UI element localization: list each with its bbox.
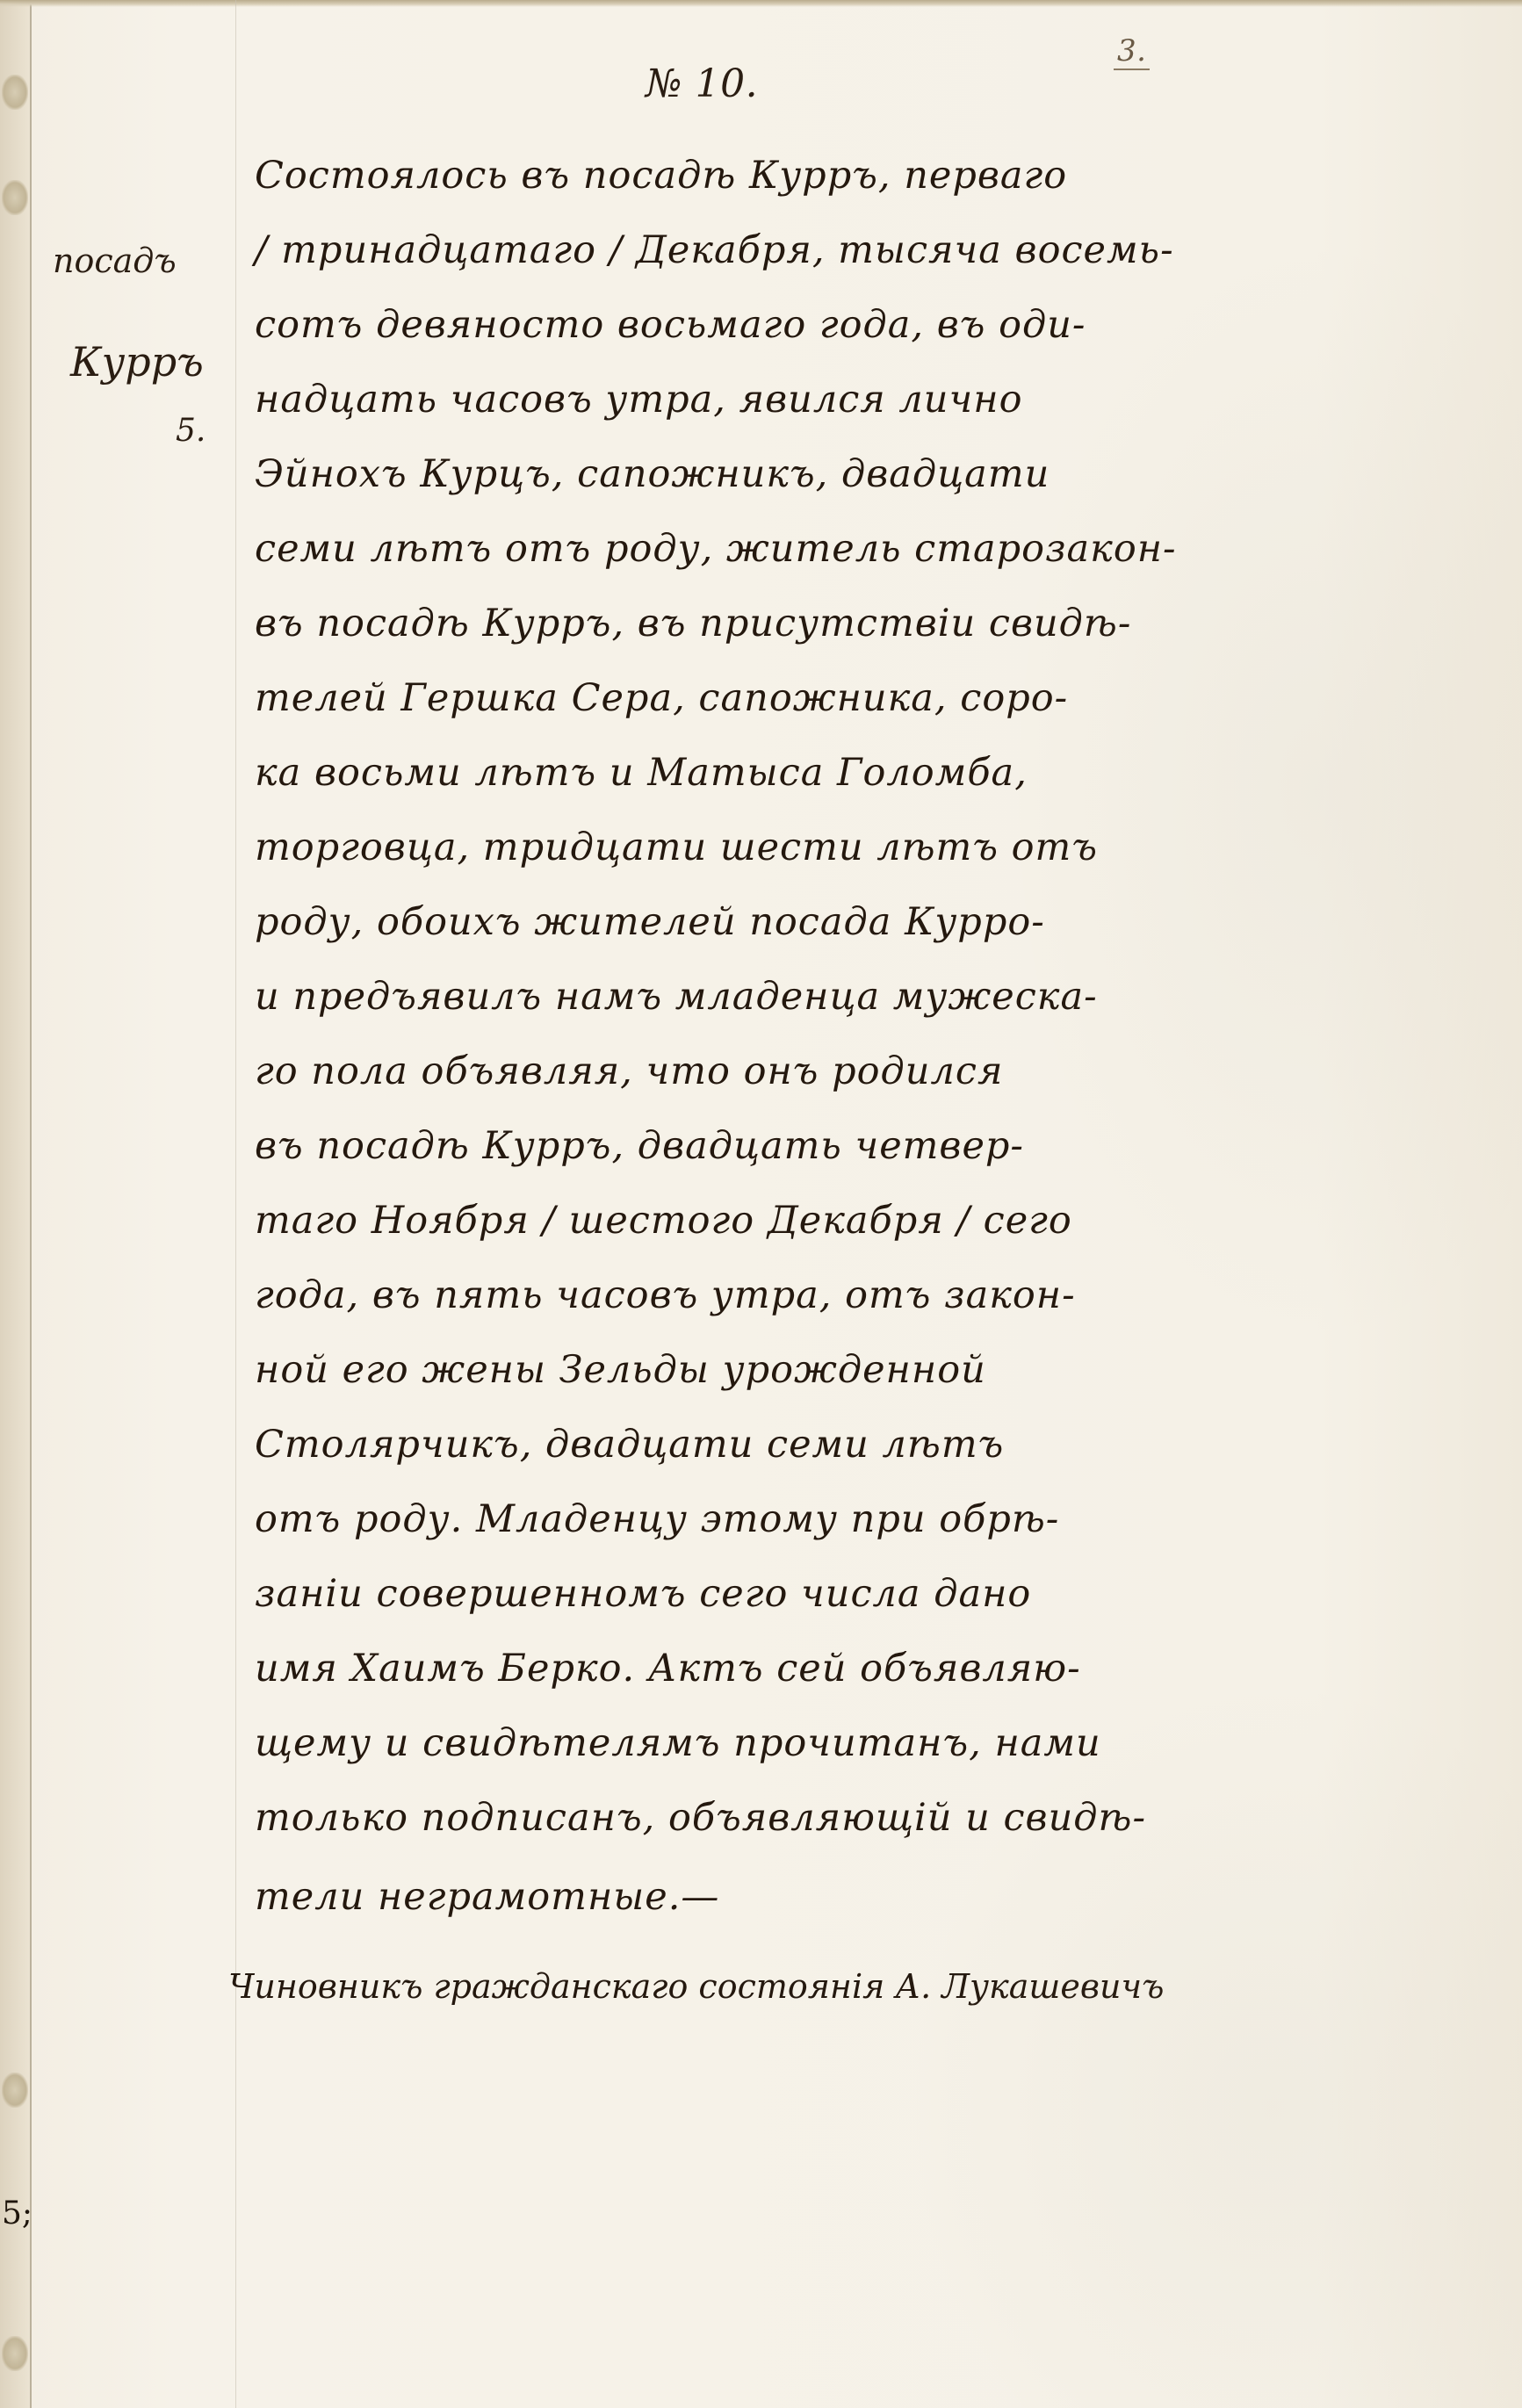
registrar-signature: Чиновникъ гражданскаго состоянія А. Лука… — [228, 1967, 1164, 2006]
record-line: роду, обоихъ жителей посада Курро- — [255, 900, 1484, 944]
record-line: телей Гершка Сера, сапожника, соро- — [255, 676, 1484, 720]
record-line: го пола объявляя, что онъ родился — [255, 1049, 1484, 1093]
record-line: Эйнохъ Курцъ, сапожникъ, двадцати — [255, 452, 1484, 496]
act-number-heading: № 10. — [646, 61, 758, 106]
record-line: ной его жены Зельды урожденной — [255, 1348, 1484, 1392]
record-line: торговца, тридцати шести лѣтъ отъ — [255, 825, 1484, 869]
page-number: 3. — [1114, 33, 1150, 70]
margin-rule — [235, 0, 236, 2408]
document-page: № 10. 3. посадъ Курръ 5. Состоялось въ п… — [0, 0, 1522, 2408]
record-line: щему и свидѣтелямъ прочитанъ, нами — [255, 1721, 1484, 1765]
record-line: надцать часовъ утра, явился лично — [255, 378, 1484, 422]
page-top-edge — [0, 0, 1522, 7]
margin-note-number: 5. — [176, 413, 206, 449]
binding-stitch — [2, 2336, 28, 2371]
record-line: таго Ноября / шестого Декабря / сего — [255, 1199, 1484, 1243]
record-line: года, въ пять часовъ утра, отъ закон- — [255, 1273, 1484, 1317]
record-line: заніи совершенномъ сего числа дано — [255, 1572, 1484, 1616]
binding-strip — [0, 0, 30, 2408]
binding-stitch — [2, 2073, 28, 2108]
binding-fold — [30, 0, 32, 2408]
record-line: въ посадѣ Курръ, въ присутствіи свидѣ- — [255, 602, 1484, 645]
record-line: / тринадцатаго / Декабря, тысяча восемь- — [255, 228, 1484, 272]
record-line: Состоялось въ посадѣ Курръ, перваго — [255, 154, 1484, 198]
record-line: и предъявилъ намъ младенца мужеска- — [255, 975, 1484, 1019]
record-line: тели неграмотные.— — [255, 1875, 1484, 1919]
binding-stitch — [2, 180, 28, 215]
edge-mark: 5; — [2, 2195, 32, 2231]
record-line: ка восьми лѣтъ и Матыса Голомба, — [255, 751, 1484, 795]
record-line: семи лѣтъ отъ роду, житель старозакон- — [255, 527, 1484, 571]
record-line: въ посадѣ Курръ, двадцать четвер- — [255, 1124, 1484, 1168]
record-line: отъ роду. Младенцу этому при обрѣ- — [255, 1497, 1484, 1541]
record-line: Столярчикъ, двадцати семи лѣтъ — [255, 1423, 1484, 1467]
record-line: сотъ девяносто восьмаго года, въ оди- — [255, 303, 1484, 347]
margin-note-name: Курръ — [70, 338, 204, 386]
binding-stitch — [2, 75, 28, 110]
record-line: имя Хаимъ Берко. Актъ сей объявляю- — [255, 1647, 1484, 1691]
record-line: только подписанъ, объявляющій и свидѣ- — [255, 1796, 1484, 1840]
margin-note-place: посадъ — [53, 242, 177, 280]
